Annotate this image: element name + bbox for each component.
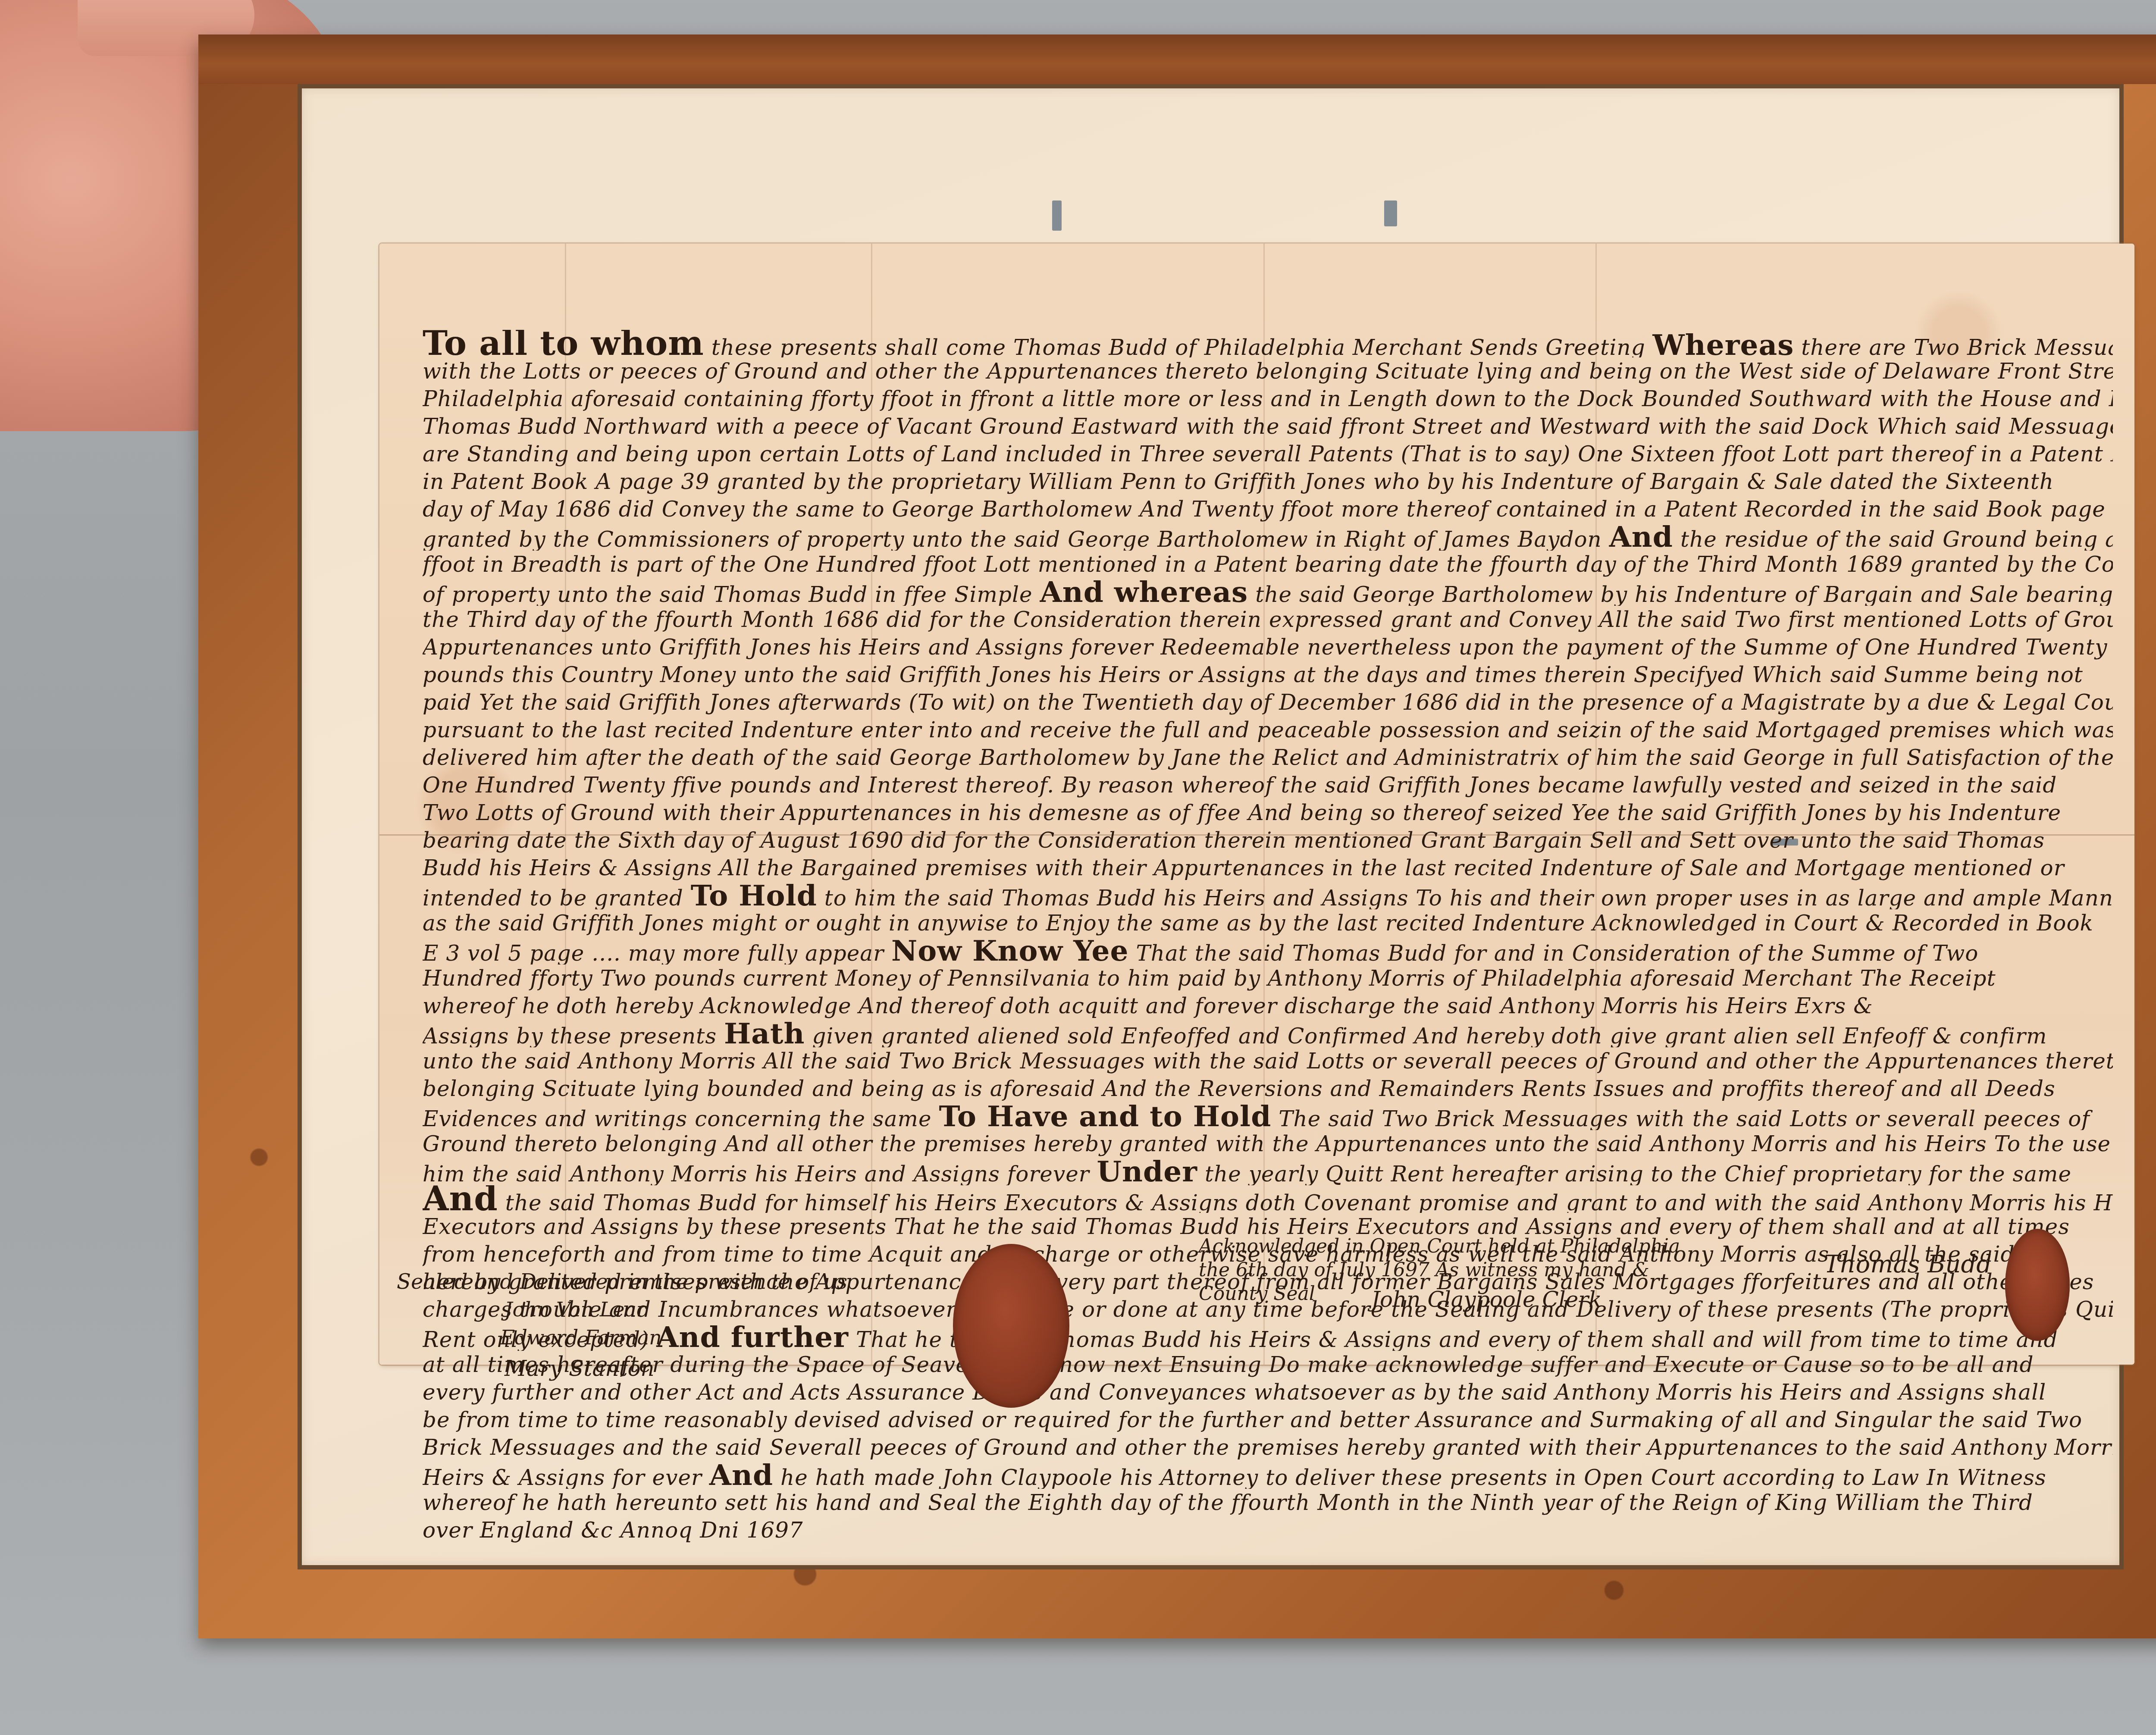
deed-text-line: unto the said Anthony Morris All the sai… (423, 1047, 2113, 1075)
line-text: be from time to time reasonably devised … (423, 1407, 2082, 1432)
line-text: there are Two Brick Messuages or Tenemen… (1794, 335, 2113, 357)
line-text: bearing date the Sixth day of August 169… (423, 828, 2045, 853)
line-text: these presents shall come Thomas Budd of… (704, 335, 1653, 357)
witness-signature: Edward Farman (500, 1326, 662, 1349)
line-text: the residue of the said Ground being abo… (1673, 527, 2113, 551)
deed-text-line: delivered him after the death of the sai… (423, 744, 2113, 771)
deed-text-line: Heirs & Assigns for ever And he hath mad… (423, 1461, 2113, 1489)
attestation-line: Sealed and Delivered in the presence of … (397, 1270, 847, 1294)
deed-text-line: Two Lotts of Ground with their Appurtena… (423, 799, 2113, 827)
deed-text-line: Appurtenances unto Griffith Jones his He… (423, 633, 2113, 661)
line-text: whereof he hath hereunto sett his hand a… (423, 1490, 2033, 1515)
deed-text-line: intended to be granted To Hold to him th… (423, 882, 2113, 909)
tape-remnant (1052, 200, 1062, 231)
tape-remnant (1384, 200, 1397, 226)
line-text: One Hundred Twenty ffive pounds and Inte… (423, 773, 2057, 798)
deed-text-line: ffoot in Breadth is part of the One Hund… (423, 551, 2113, 578)
line-text: Two Lotts of Ground with their Appurtena… (423, 800, 2061, 825)
line-text: granted by the Commissioners of property… (423, 527, 1609, 551)
deed-text-line: Assigns by these presents Hath given gra… (423, 1020, 2113, 1047)
line-text: Brick Messuages and the said Severall pe… (423, 1435, 2113, 1460)
deed-text-line: E 3 vol 5 page .... may more fully appea… (423, 937, 2113, 965)
emphasized-keyword: To Hold (691, 882, 817, 909)
manuscript-deed: To all to whom these presents shall come… (379, 244, 2134, 1365)
deed-text-line: Budd his Heirs & Assigns All the Bargain… (423, 854, 2113, 882)
deed-text-line: Thomas Budd Northward with a peece of Va… (423, 413, 2113, 440)
wax-seal-left (953, 1244, 1069, 1408)
deed-text-line: be from time to time reasonably devised … (423, 1406, 2113, 1434)
deed-text-line: whereof he hath hereunto sett his hand a… (423, 1489, 2113, 1516)
emphasized-keyword: To Have and to Hold (939, 1102, 1271, 1130)
deed-text-line: with the Lotts or peeces of Ground and o… (423, 357, 2113, 385)
burl-wood-frame: To all to whom these presents shall come… (198, 34, 2156, 1638)
emphasized-keyword: Under (1097, 1158, 1197, 1185)
deed-text-line: granted by the Commissioners of property… (423, 523, 2113, 551)
line-text: delivered him after the death of the sai… (423, 745, 2113, 770)
deed-text-line: of property unto the said Thomas Budd in… (423, 578, 2113, 606)
deed-text-line: at all times hereafter during the Space … (423, 1351, 2113, 1378)
deed-text-line: in Patent Book A page 39 granted by the … (423, 468, 2113, 495)
line-text: with the Lotts or peeces of Ground and o… (423, 359, 2113, 384)
line-text: the yearly Quitt Rent hereafter arising … (1197, 1162, 2071, 1185)
emphasized-keyword: And (1609, 523, 1673, 551)
witness-signature: Mary Stanton (505, 1356, 655, 1381)
acknowledgment-line: County Seal (1199, 1283, 1315, 1305)
line-text: intended to be granted (423, 886, 691, 909)
line-text: over England &c Annoq Dni 1697 (423, 1518, 803, 1543)
deed-text-line: over England &c Annoq Dni 1697 (423, 1516, 2113, 1544)
line-text: Evidences and writings concerning the sa… (423, 1106, 939, 1130)
line-text: ffoot in Breadth is part of the One Hund… (423, 552, 2113, 577)
line-text: to him the said Thomas Budd his Heirs an… (817, 886, 2113, 909)
line-text: paid Yet the said Griffith Jones afterwa… (423, 690, 2113, 715)
deed-text-line: are Standing and being upon certain Lott… (423, 440, 2113, 468)
line-text: the said Thomas Budd for himself his Hei… (498, 1190, 2113, 1213)
emphasized-keyword: And (709, 1461, 773, 1489)
line-text: Thomas Budd Northward with a peece of Va… (423, 414, 2113, 439)
emphasized-keyword: Now Know Yee (891, 937, 1129, 965)
deed-text-line: day of May 1686 did Convey the same to G… (423, 495, 2113, 523)
line-text: Ground thereto belonging And all other t… (423, 1131, 2113, 1156)
line-text: belonging Scituate lying bounded and bei… (423, 1076, 2056, 1101)
line-text: every further and other Act and Acts Ass… (423, 1380, 2046, 1405)
line-text: Heirs & Assigns for ever (423, 1465, 709, 1489)
deed-text-line: Ground thereto belonging And all other t… (423, 1130, 2113, 1158)
line-text: given granted aliened sold Enfeoffed and… (805, 1024, 2047, 1047)
deed-text-line: Hundred fforty Two pounds current Money … (423, 965, 2113, 992)
line-text: Philadelphia aforesaid containing fforty… (423, 386, 2113, 411)
line-text: are Standing and being upon certain Lott… (423, 442, 2113, 467)
line-text: unto the said Anthony Morris All the sai… (423, 1049, 2113, 1074)
deed-text-line: as the said Griffith Jones might or ough… (423, 909, 2113, 937)
deed-body-text: To all to whom these presents shall come… (423, 330, 2113, 1544)
line-text: the Third day of the ffourth Month 1686 … (423, 607, 2113, 632)
frame-top-rail (198, 34, 2156, 84)
emphasized-keyword: And further (656, 1323, 849, 1351)
line-text: day of May 1686 did Convey the same to G… (423, 497, 2113, 522)
line-text: whereof he doth hereby Acknowledge And t… (423, 993, 1873, 1018)
deed-text-line: belonging Scituate lying bounded and bei… (423, 1075, 2113, 1102)
deed-text-line: And the said Thomas Budd for himself his… (423, 1185, 2113, 1213)
deed-text-line: Brick Messuages and the said Severall pe… (423, 1434, 2113, 1461)
deed-text-line: pounds this Country Money unto the said … (423, 661, 2113, 689)
emphasized-keyword: And whereas (1040, 578, 1248, 606)
line-text: at all times hereafter during the Space … (423, 1352, 2034, 1377)
lead-words: And (423, 1185, 498, 1213)
line-text: Appurtenances unto Griffith Jones his He… (423, 635, 2113, 660)
line-text: E 3 vol 5 page .... may more fully appea… (423, 941, 891, 965)
deed-text-line: One Hundred Twenty ffive pounds and Inte… (423, 771, 2113, 799)
emphasized-keyword: Hath (724, 1020, 805, 1047)
line-text: him the said Anthony Morris his Heirs an… (423, 1162, 1097, 1185)
deed-text-line: the Third day of the ffourth Month 1686 … (423, 606, 2113, 633)
line-text: That the said Thomas Budd for and in Con… (1129, 941, 1979, 965)
deed-text-line: bearing date the Sixth day of August 169… (423, 827, 2113, 854)
line-text: the said George Bartholomew by his Inden… (1248, 582, 2113, 606)
line-text: pursuant to the last recited Indenture e… (423, 717, 2113, 742)
line-text: in Patent Book A page 39 granted by the … (423, 469, 2054, 494)
line-text: Hundred fforty Two pounds current Money … (423, 966, 1996, 991)
line-text: pounds this Country Money unto the said … (423, 662, 2083, 687)
line-text: he hath made John Claypoole his Attorney… (773, 1465, 2046, 1489)
deed-text-line: Rent only excepted) And further That he … (423, 1323, 2113, 1351)
clerk-signature: John Claypoole Clerk (1371, 1287, 1601, 1312)
deed-text-line: To all to whom these presents shall come… (423, 330, 2113, 357)
deed-text-line: him the said Anthony Morris his Heirs an… (423, 1158, 2113, 1185)
line-text: The said Two Brick Messuages with the sa… (1271, 1106, 2090, 1130)
wax-seal-right (2005, 1229, 2070, 1341)
acknowledgment-line: Acknowledged in Open Court held at Phila… (1199, 1235, 1680, 1257)
line-text: Assigns by these presents (423, 1024, 724, 1047)
acknowledgment-line: the 6th day of July 1697 As witness my h… (1199, 1259, 1649, 1281)
line-text: of property unto the said Thomas Budd in… (423, 582, 1040, 606)
lead-words: To all to whom (423, 330, 704, 357)
grantor-signature: Thomas Budd (1824, 1250, 1992, 1278)
deed-text-line: Evidences and writings concerning the sa… (423, 1102, 2113, 1130)
line-text: Budd his Heirs & Assigns All the Bargain… (423, 855, 2065, 880)
deed-text-line: paid Yet the said Griffith Jones afterwa… (423, 689, 2113, 716)
deed-text-line: every further and other Act and Acts Ass… (423, 1378, 2113, 1406)
deed-text-line: pursuant to the last recited Indenture e… (423, 716, 2113, 744)
deed-text-line: Philadelphia aforesaid containing fforty… (423, 385, 2113, 413)
deed-text-line: whereof he doth hereby Acknowledge And t… (423, 992, 2113, 1020)
emphasized-keyword: Whereas (1653, 330, 1794, 357)
line-text: as the said Griffith Jones might or ough… (423, 911, 2093, 936)
witness-signature: John Van Lear (505, 1298, 646, 1321)
